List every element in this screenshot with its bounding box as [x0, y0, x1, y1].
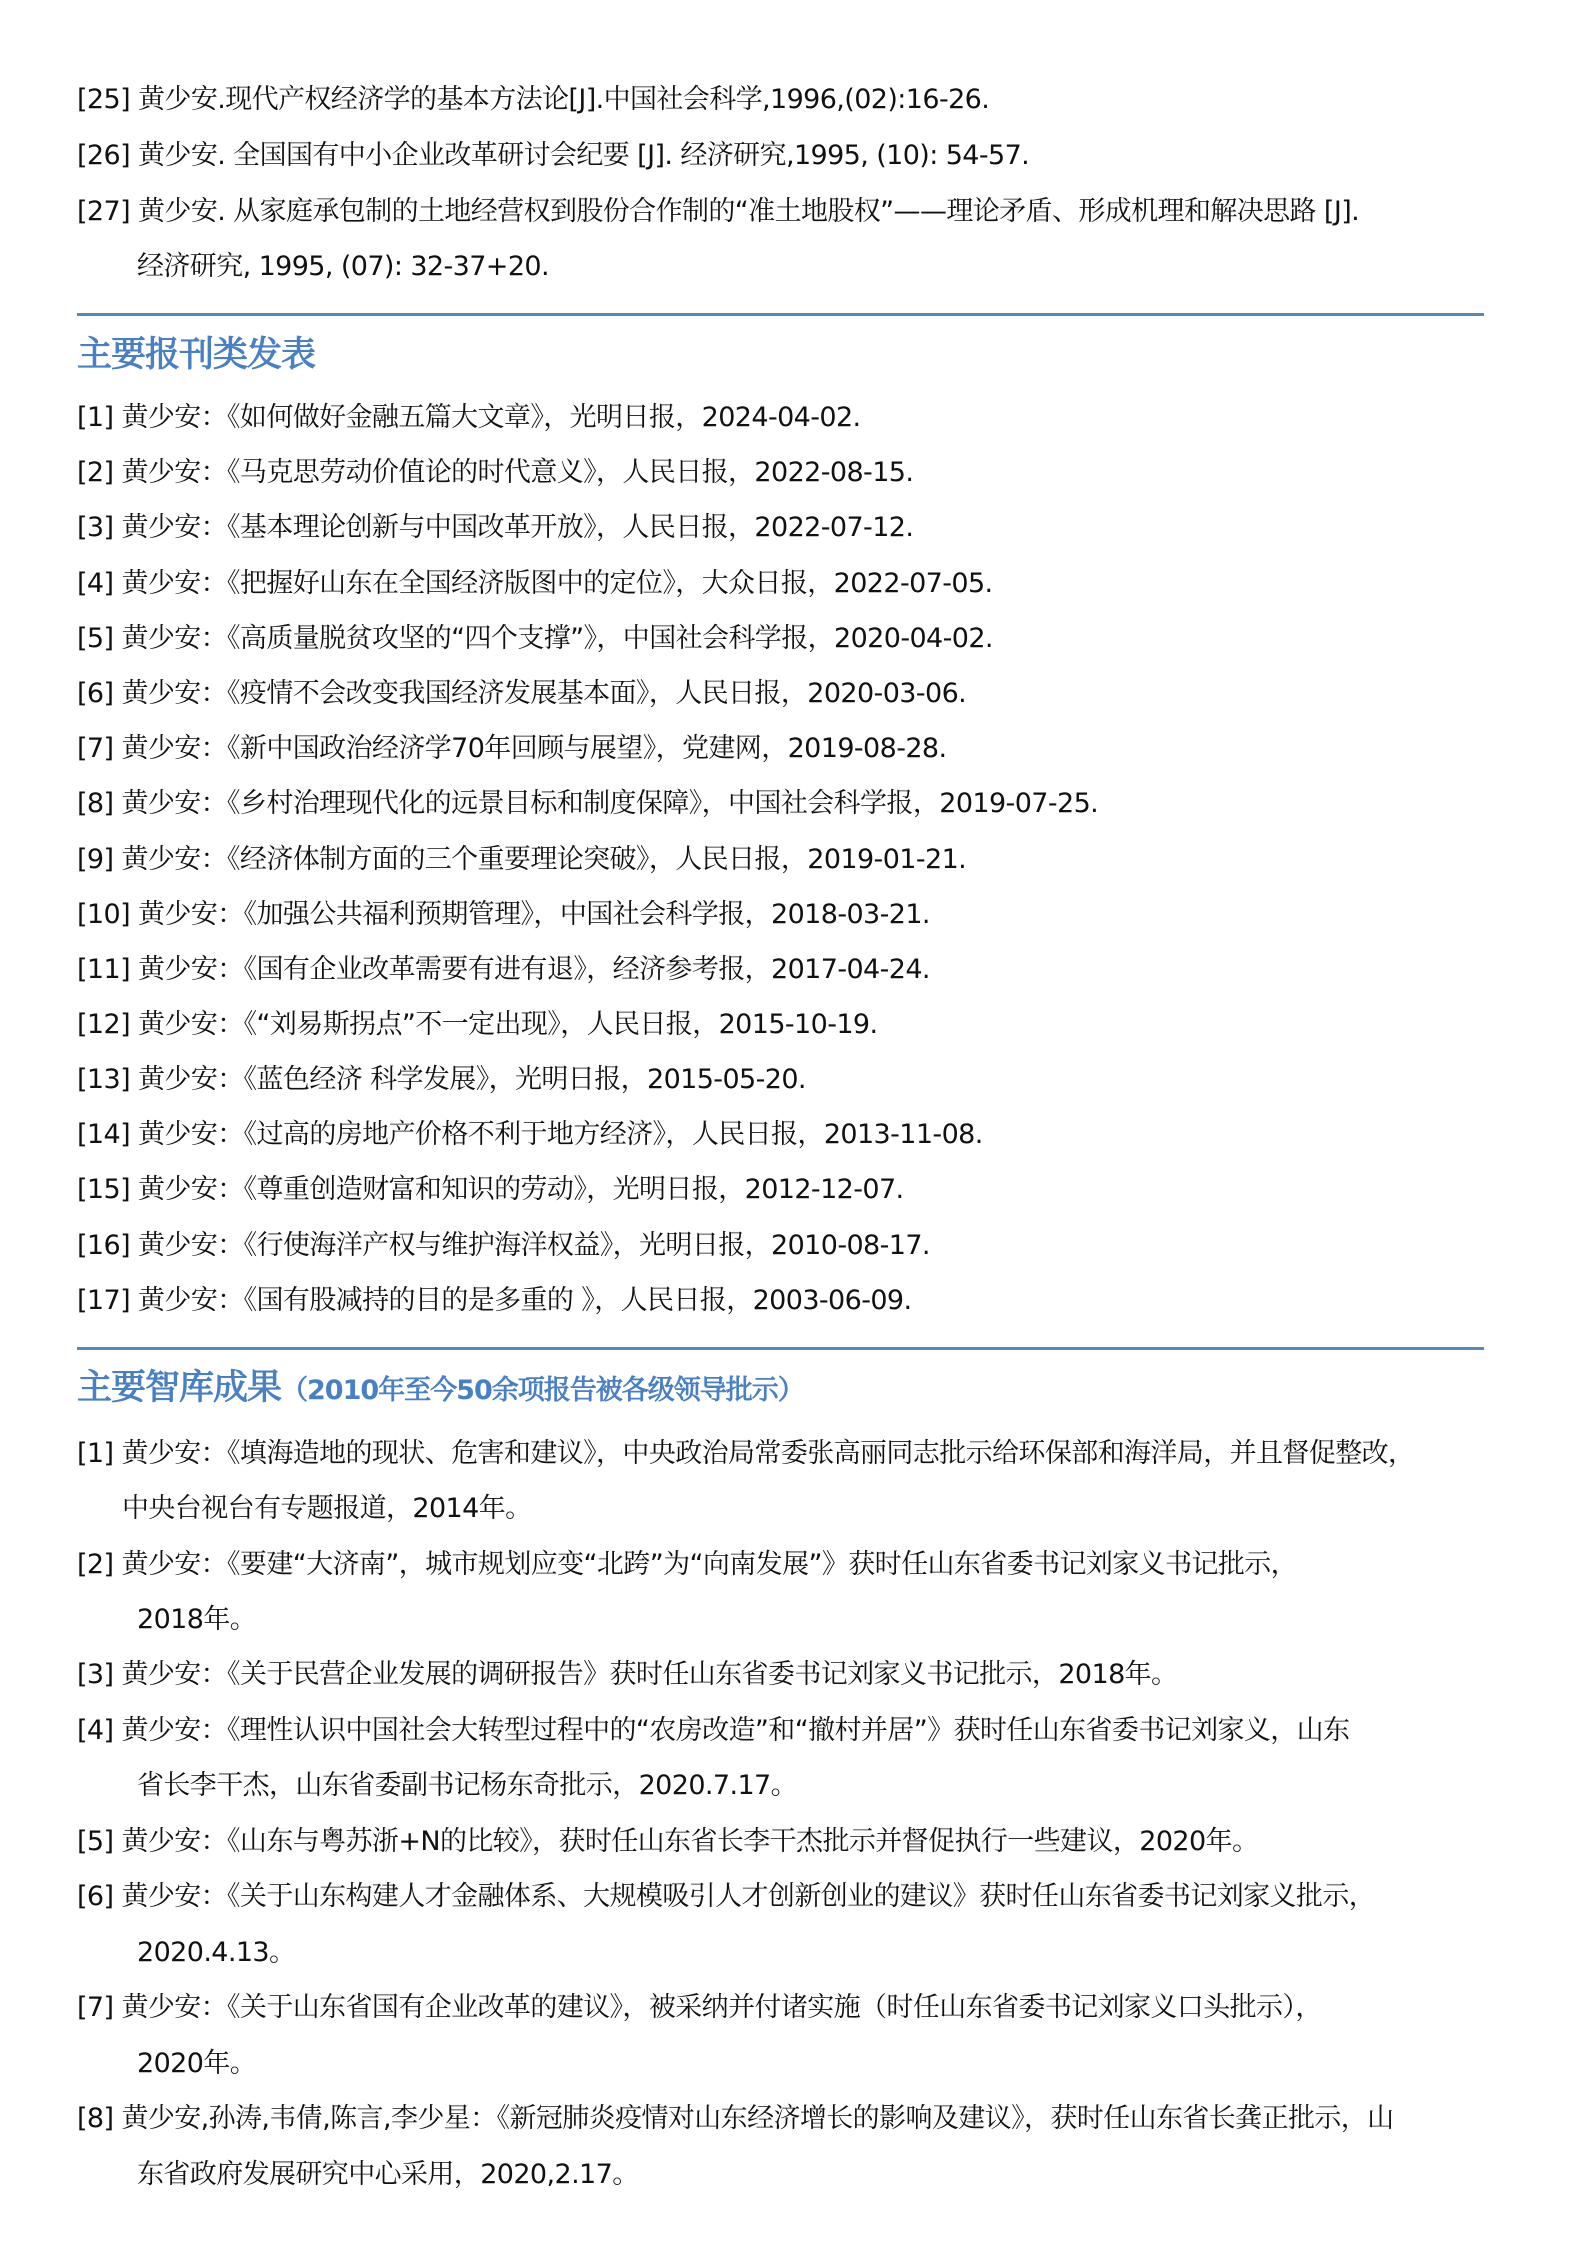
item-number: [6] — [77, 1881, 113, 1912]
list-item: [1] 黄少安：《如何做好金融五篇大文章》，光明日报，2024-04-02. — [77, 400, 861, 436]
item-text: 黄少安：《马克思劳动价值论的时代意义》，人民日报，2022-08-15. — [121, 457, 913, 488]
reference-text: 黄少安.现代产权经济学的基本方法论[J].中国社会科学,1996,(02):16… — [138, 84, 989, 115]
item-text: 黄少安：《高质量脱贫攻坚的“四个支撑”》，中国社会科学报，2020-04-02. — [121, 623, 992, 654]
item-text: 黄少安：《关于山东构建人才金融体系、大规模吸引人才创新创业的建议》获时任山东省委… — [121, 1881, 1375, 1912]
list-item: [3] 黄少安：《关于民营企业发展的调研报告》获时任山东省委书记刘家义书记批示，… — [77, 1657, 1177, 1693]
list-item: [8] 黄少安：《乡村治理现代化的远景目标和制度保障》，中国社会科学报，2019… — [77, 786, 1098, 822]
item-text: 黄少安：《国有企业改革需要有进有退》，经济参考报，2017-04-24. — [138, 954, 930, 985]
list-item: [15] 黄少安：《尊重创造财富和知识的劳动》，光明日报，2012-12-07. — [77, 1172, 904, 1208]
reference-item: [26] 黄少安. 全国国有中小企业改革研讨会纪要 [J]. 经济研究,1995… — [77, 138, 1029, 174]
item-number: [12] — [77, 1009, 130, 1040]
reference-text: 黄少安. 从家庭承包制的土地经营权到股份合作制的“准土地股权”——理论矛盾、形成… — [138, 196, 1359, 227]
item-number: [11] — [77, 954, 130, 985]
item-text: 黄少安,孙涛,韦倩,陈言,李少星：《新冠肺炎疫情对山东经济增长的影响及建议》，获… — [121, 2103, 1393, 2134]
list-item: [3] 黄少安：《基本理论创新与中国改革开放》，人民日报，2022-07-12. — [77, 510, 913, 546]
item-number: [2] — [77, 1549, 113, 1580]
list-item: [8] 黄少安,孙涛,韦倩,陈言,李少星：《新冠肺炎疫情对山东经济增长的影响及建… — [77, 2101, 1394, 2137]
list-item: [4] 黄少安：《把握好山东在全国经济版图中的定位》，大众日报，2022-07-… — [77, 566, 993, 602]
item-number: [7] — [77, 1992, 113, 2023]
list-item: [4] 黄少安：《理性认识中国社会大转型过程中的“农房改造”和“撤村并居”》获时… — [77, 1713, 1350, 1749]
list-item: [17] 黄少安：《国有股减持的目的是多重的 》，人民日报，2003-06-09… — [77, 1283, 912, 1319]
item-text: 黄少安：《把握好山东在全国经济版图中的定位》，大众日报，2022-07-05. — [121, 568, 992, 599]
section-title: 主要智库成果 — [77, 1368, 281, 1408]
item-text: 黄少安：《过高的房地产价格不利于地方经济》，人民日报，2013-11-08. — [138, 1119, 983, 1150]
item-text: 黄少安：《山东与粤苏浙+N的比较》，获时任山东省长李干杰批示并督促执行一些建议，… — [121, 1826, 1258, 1857]
reference-number: [26] — [77, 138, 130, 174]
list-item: [2] 黄少安：《马克思劳动价值论的时代意义》，人民日报，2022-08-15. — [77, 455, 913, 491]
item-number: [2] — [77, 457, 113, 488]
item-number: [17] — [77, 1285, 130, 1316]
item-number: [14] — [77, 1119, 130, 1150]
item-text: 黄少安：《“刘易斯拐点”不一定出现》，人民日报，2015-10-19. — [138, 1009, 877, 1040]
list-item: [5] 黄少安：《高质量脱贫攻坚的“四个支撑”》，中国社会科学报，2020-04… — [77, 621, 993, 657]
list-item: [10] 黄少安：《加强公共福利预期管理》，中国社会科学报，2018-03-21… — [77, 897, 930, 933]
list-item: [6] 黄少安：《关于山东构建人才金融体系、大规模吸引人才创新创业的建议》获时任… — [77, 1879, 1375, 1915]
item-number: [15] — [77, 1174, 130, 1205]
list-item: [7] 黄少安：《关于山东省国有企业改革的建议》，被采纳并付诸实施（时任山东省委… — [77, 1990, 1322, 2026]
item-number: [8] — [77, 2103, 113, 2134]
item-number: [8] — [77, 788, 113, 819]
list-item: [1] 黄少安：《填海造地的现状、危害和建议》，中央政治局常委张高丽同志批示给环… — [77, 1436, 1414, 1472]
list-item: [13] 黄少安：《蓝色经济 科学发展》，光明日报，2015-05-20. — [77, 1062, 806, 1098]
list-item-continuation: 2020.4.13。 — [137, 1935, 295, 1971]
list-item: [6] 黄少安：《疫情不会改变我国经济发展基本面》，人民日报，2020-03-0… — [77, 676, 966, 712]
item-number: [4] — [77, 1715, 113, 1746]
list-item-continuation: 省长李干杰，山东省委副书记杨东奇批示，2020.7.17。 — [137, 1768, 797, 1804]
item-number: [5] — [77, 1826, 113, 1857]
item-number: [13] — [77, 1064, 130, 1095]
section-divider — [77, 1347, 1484, 1350]
list-item-continuation: 2018年。 — [137, 1602, 256, 1638]
item-number: [1] — [77, 402, 113, 433]
item-number: [4] — [77, 568, 113, 599]
list-item: [9] 黄少安：《经济体制方面的三个重要理论突破》，人民日报，2019-01-2… — [77, 842, 966, 878]
list-item-continuation: 东省政府发展研究中心采用，2020,2.17。 — [137, 2157, 639, 2193]
list-item: [12] 黄少安：《“刘易斯拐点”不一定出现》，人民日报，2015-10-19. — [77, 1007, 877, 1043]
item-text: 黄少安：《国有股减持的目的是多重的 》，人民日报，2003-06-09. — [138, 1285, 911, 1316]
item-number: [6] — [77, 678, 113, 709]
item-number: [16] — [77, 1230, 130, 1261]
list-item: [16] 黄少安：《行使海洋产权与维护海洋权益》，光明日报，2010-08-17… — [77, 1228, 930, 1264]
item-text: 黄少安：《理性认识中国社会大转型过程中的“农房改造”和“撤村并居”》获时任山东省… — [121, 1715, 1349, 1746]
item-number: [3] — [77, 1659, 113, 1690]
item-number: [5] — [77, 623, 113, 654]
section-heading-newspaper: 主要报刊类发表 — [77, 333, 315, 377]
list-item: [5] 黄少安：《山东与粤苏浙+N的比较》，获时任山东省长李干杰批示并督促执行一… — [77, 1824, 1258, 1860]
reference-item: [27] 黄少安. 从家庭承包制的土地经营权到股份合作制的“准土地股权”——理论… — [77, 194, 1359, 230]
section-subtitle: （2010年至今50余项报告被各级领导批示） — [281, 1375, 804, 1406]
item-text: 黄少安：《如何做好金融五篇大文章》，光明日报，2024-04-02. — [121, 402, 860, 433]
reference-text: 黄少安. 全国国有中小企业改革研讨会纪要 [J]. 经济研究,1995, (10… — [138, 140, 1029, 171]
item-number: [1] — [77, 1438, 113, 1469]
reference-item: [25] 黄少安.现代产权经济学的基本方法论[J].中国社会科学,1996,(0… — [77, 82, 989, 118]
list-item: [2] 黄少安：《要建“大济南”，城市规划应变“北跨”为“向南发展”》获时任山东… — [77, 1547, 1297, 1583]
item-number: [3] — [77, 512, 113, 543]
item-text: 黄少安：《基本理论创新与中国改革开放》，人民日报，2022-07-12. — [121, 512, 913, 543]
section-divider — [77, 313, 1484, 316]
list-item-continuation: 中央台视台有专题报道，2014年。 — [122, 1491, 532, 1527]
item-number: [9] — [77, 844, 113, 875]
document-page: [25] 黄少安.现代产权经济学的基本方法论[J].中国社会科学,1996,(0… — [0, 0, 1586, 2245]
item-text: 黄少安：《乡村治理现代化的远景目标和制度保障》，中国社会科学报，2019-07-… — [121, 788, 1098, 819]
item-text: 黄少安：《关于山东省国有企业改革的建议》，被采纳并付诸实施（时任山东省委书记刘家… — [121, 1992, 1321, 2023]
item-text: 黄少安：《要建“大济南”，城市规划应变“北跨”为“向南发展”》获时任山东省委书记… — [121, 1549, 1297, 1580]
item-text: 黄少安：《尊重创造财富和知识的劳动》，光明日报，2012-12-07. — [138, 1174, 904, 1205]
item-text: 黄少安：《加强公共福利预期管理》，中国社会科学报，2018-03-21. — [138, 899, 930, 930]
item-text: 黄少安：《疫情不会改变我国经济发展基本面》，人民日报，2020-03-06. — [121, 678, 966, 709]
list-item: [14] 黄少安：《过高的房地产价格不利于地方经济》，人民日报，2013-11-… — [77, 1117, 983, 1153]
item-text: 黄少安：《行使海洋产权与维护海洋权益》，光明日报，2010-08-17. — [138, 1230, 930, 1261]
reference-number: [27] — [77, 194, 130, 230]
reference-item-continuation: 经济研究, 1995, (07): 32-37+20. — [137, 249, 549, 285]
item-text: 黄少安：《经济体制方面的三个重要理论突破》，人民日报，2019-01-21. — [121, 844, 966, 875]
item-number: [10] — [77, 899, 130, 930]
item-text: 黄少安：《新中国政治经济学70年回顾与展望》，党建网，2019-08-28. — [121, 733, 946, 764]
list-item: [11] 黄少安：《国有企业改革需要有进有退》，经济参考报，2017-04-24… — [77, 952, 930, 988]
item-number: [7] — [77, 733, 113, 764]
item-text: 黄少安：《填海造地的现状、危害和建议》，中央政治局常委张高丽同志批示给环保部和海… — [121, 1438, 1414, 1469]
item-text: 黄少安：《蓝色经济 科学发展》，光明日报，2015-05-20. — [138, 1064, 806, 1095]
list-item-continuation: 2020年。 — [137, 2046, 256, 2082]
section-heading-thinktank: 主要智库成果（2010年至今50余项报告被各级领导批示） — [77, 1366, 804, 1413]
item-text: 黄少安：《关于民营企业发展的调研报告》获时任山东省委书记刘家义书记批示，2018… — [121, 1659, 1177, 1690]
reference-number: [25] — [77, 82, 130, 118]
list-item: [7] 黄少安：《新中国政治经济学70年回顾与展望》，党建网，2019-08-2… — [77, 731, 947, 767]
